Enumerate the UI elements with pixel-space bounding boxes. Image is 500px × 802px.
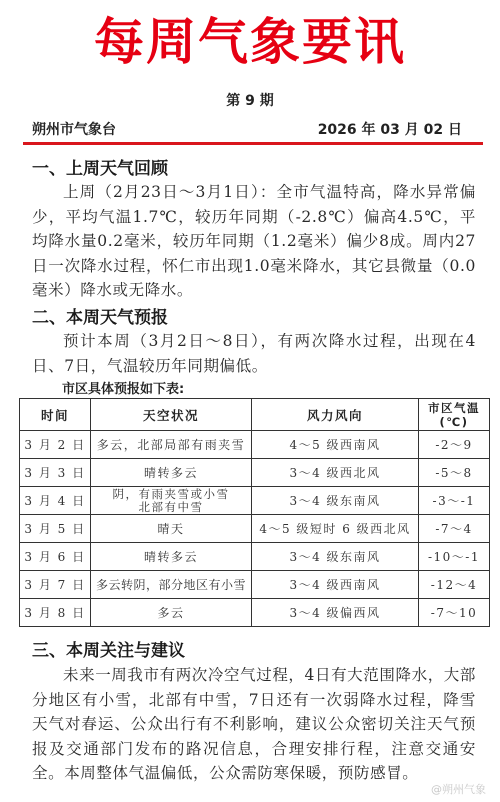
col-header-temp-label: 市区气温 (421, 401, 487, 415)
cell-wind: 4～5 级短时 6 级西北风 (252, 515, 419, 543)
col-header-time: 时间 (20, 399, 91, 431)
cell-sky: 多云 (91, 599, 252, 627)
cell-date: 3 月 6 日 (20, 543, 91, 571)
table-row: 3 月 6 日 晴转多云 3～4 级东南风 -10～-1 (20, 543, 490, 571)
table-row: 3 月 4 日 阴，有雨夹雪或小雪 北部有中雪 3～4 级东南风 -3～-1 (20, 487, 490, 515)
cell-sky: 阴，有雨夹雪或小雪 北部有中雪 (91, 487, 252, 515)
section-heading-review: 一、上周天气回顾 (32, 158, 168, 180)
issue-date: 2026 年 03 月 02 日 (318, 119, 462, 139)
table-row: 3 月 2 日 多云，北部局部有雨夹雪 4～5 级西南风 -2～9 (20, 431, 490, 459)
table-caption: 市区具体预报如下表: (62, 378, 184, 397)
header-divider (23, 142, 483, 145)
cell-sky: 多云，北部局部有雨夹雪 (91, 431, 252, 459)
cell-temp: -3～-1 (419, 487, 490, 515)
cell-temp: -5～8 (419, 459, 490, 487)
section-body-review: 上周（2月23日～3月1日）：全市气温特高，降水异常偏少，平均气温1.7℃，较历… (32, 180, 476, 303)
cell-date: 3 月 2 日 (20, 431, 91, 459)
col-header-wind: 风力风向 (252, 399, 419, 431)
table-header-row: 时间 天空状况 风力风向 市区气温 (℃) (20, 399, 490, 431)
cell-wind: 3～4 级东南风 (252, 487, 419, 515)
table-row: 3 月 7 日 多云转阴，部分地区有小雪 3～4 级西南风 -12～4 (20, 571, 490, 599)
table-row: 3 月 8 日 多云 3～4 级偏西风 -7～10 (20, 599, 490, 627)
col-header-temp: 市区气温 (℃) (419, 399, 490, 431)
cell-sky-line2: 北部有中雪 (93, 501, 249, 514)
cell-date: 3 月 3 日 (20, 459, 91, 487)
cell-sky: 晴天 (91, 515, 252, 543)
table-row: 3 月 3 日 晴转多云 3～4 级西北风 -5～8 (20, 459, 490, 487)
cell-date: 3 月 8 日 (20, 599, 91, 627)
issue-number: 第 9 期 (0, 90, 500, 110)
cell-date: 3 月 7 日 (20, 571, 91, 599)
section-heading-advice: 三、本周关注与建议 (32, 640, 185, 662)
cell-temp: -7～4 (419, 515, 490, 543)
table-row: 3 月 5 日 晴天 4～5 级短时 6 级西北风 -7～4 (20, 515, 490, 543)
section-body-advice: 未来一周我市有两次冷空气过程，4日有大范围降水，大部分地区有小雪，北部有中雪，7… (32, 663, 476, 786)
forecast-table: 时间 天空状况 风力风向 市区气温 (℃) 3 月 2 日 多云，北部局部有雨夹… (19, 398, 490, 627)
cell-wind: 3～4 级西南风 (252, 571, 419, 599)
issuing-organization: 朔州市气象台 (32, 119, 116, 139)
cell-wind: 3～4 级偏西风 (252, 599, 419, 627)
cell-temp: -2～9 (419, 431, 490, 459)
cell-sky: 晴转多云 (91, 459, 252, 487)
cell-sky: 晴转多云 (91, 543, 252, 571)
cell-sky-line1: 阴，有雨夹雪或小雪 (93, 488, 249, 501)
cell-temp: -7～10 (419, 599, 490, 627)
cell-wind: 4～5 级西南风 (252, 431, 419, 459)
cell-wind: 3～4 级东南风 (252, 543, 419, 571)
bulletin-title: 每周气象要讯 (0, 12, 500, 72)
cell-sky: 多云转阴，部分地区有小雪 (91, 571, 252, 599)
cell-temp: -10～-1 (419, 543, 490, 571)
section-heading-forecast: 二、本周天气预报 (32, 307, 168, 329)
weibo-watermark: @朔州气象 (431, 781, 486, 797)
cell-date: 3 月 4 日 (20, 487, 91, 515)
col-header-sky: 天空状况 (91, 399, 252, 431)
cell-wind: 3～4 级西北风 (252, 459, 419, 487)
col-header-temp-unit: (℃) (421, 415, 487, 429)
cell-temp: -12～4 (419, 571, 490, 599)
section-body-forecast: 预计本周（3月2日～8日），有两次降水过程，出现在4日、7日，气温较历年同期偏低… (32, 329, 476, 378)
cell-date: 3 月 5 日 (20, 515, 91, 543)
